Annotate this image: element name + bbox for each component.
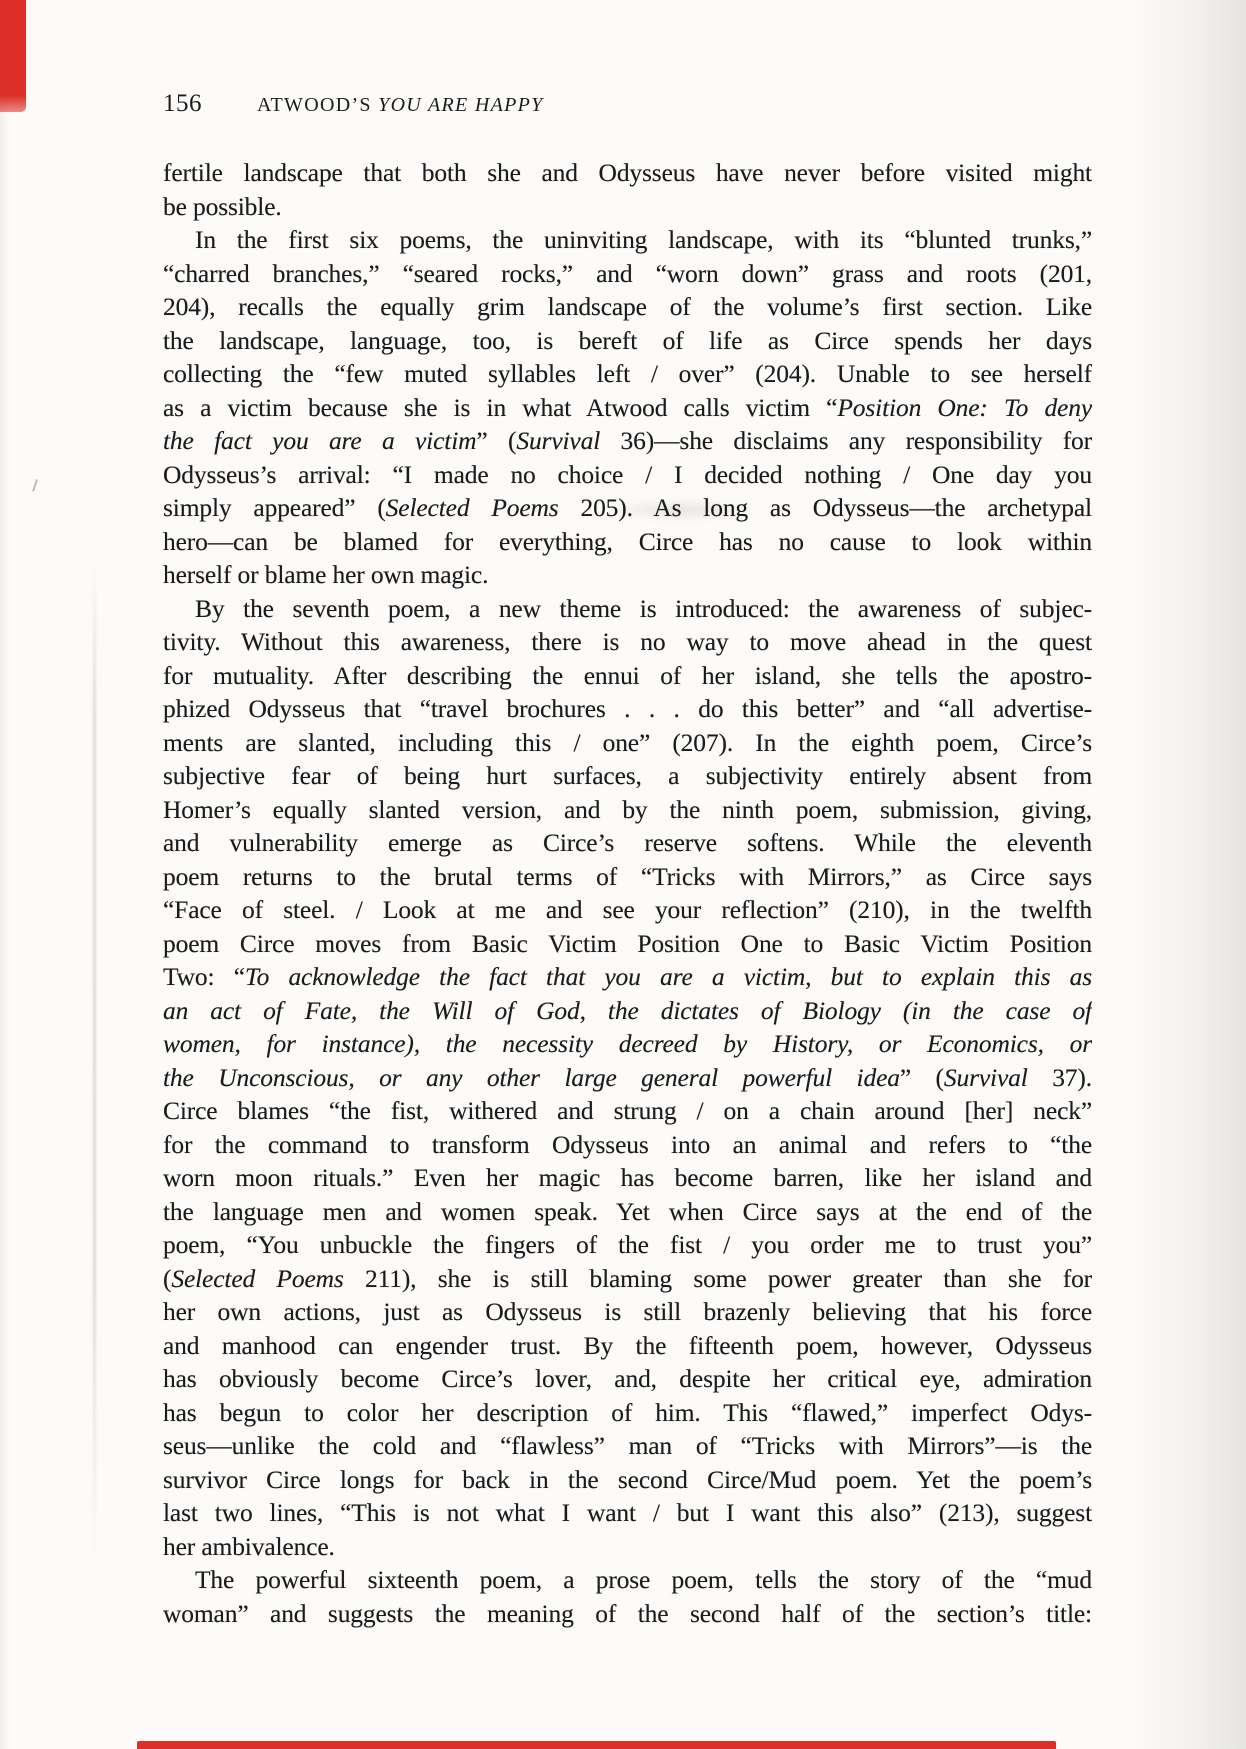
text-line: collecting the “few muted syllables left…: [163, 357, 1092, 391]
text-line: Circe blames “the fist, withered and str…: [163, 1094, 1092, 1128]
text-line: tivity. Without this awareness, there is…: [163, 625, 1092, 659]
text-line: her own actions, just as Odysseus is sti…: [163, 1295, 1092, 1329]
running-title-book-author: ATWOOD’S: [257, 94, 378, 116]
text-line: seus—unlike the cold and “flawless” man …: [163, 1429, 1092, 1463]
page-left-edge-shading: [0, 0, 10, 1749]
text-line: and manhood can engender trust. By the f…: [163, 1329, 1092, 1363]
text-line: (Selected Poems 211), she is still blami…: [163, 1262, 1092, 1296]
text-line: has begun to color her description of hi…: [163, 1396, 1092, 1430]
red-edge-stain-top-left: [0, 0, 26, 112]
book-page: 156 ATWOOD’S YOU ARE HAPPY fertile lands…: [0, 0, 1246, 1749]
text-line: The powerful sixteenth poem, a prose poe…: [163, 1563, 1092, 1597]
page-number: 156: [163, 90, 202, 118]
text-line: the language men and women speak. Yet wh…: [163, 1195, 1092, 1229]
text-line: her ambivalence.: [163, 1530, 1092, 1564]
text-line: an act of Fate, the Will of God, the dic…: [163, 994, 1092, 1028]
stray-pen-mark: [32, 479, 38, 492]
text-line: In the first six poems, the uninviting l…: [163, 223, 1092, 257]
text-line: survivor Circe longs for back in the sec…: [163, 1463, 1092, 1497]
text-line: subjective fear of being hurt surfaces, …: [163, 759, 1092, 793]
text-line: 204), recalls the equally grim landscape…: [163, 290, 1092, 324]
gutter-shadow: [93, 560, 96, 1570]
text-line: poem Circe moves from Basic Victim Posit…: [163, 927, 1092, 961]
text-line: worn moon rituals.” Even her magic has b…: [163, 1161, 1092, 1195]
text-line: women, for instance), the necessity decr…: [163, 1027, 1092, 1061]
body-text: fertile landscape that both she and Odys…: [163, 156, 1092, 1630]
text-line: phized Odysseus that “travel brochures .…: [163, 692, 1092, 726]
text-line: simply appeared” (Selected Poems 205). A…: [163, 491, 1092, 525]
text-line: herself or blame her own magic.: [163, 558, 1092, 592]
text-line: the Unconscious, or any other large gene…: [163, 1061, 1092, 1095]
text-line: hero—can be blamed for everything, Circe…: [163, 525, 1092, 559]
text-line: has obviously become Circe’s lover, and,…: [163, 1362, 1092, 1396]
running-title-book-title: YOU ARE HAPPY: [378, 94, 543, 116]
text-line: last two lines, “This is not what I want…: [163, 1496, 1092, 1530]
page-header: 156 ATWOOD’S YOU ARE HAPPY: [163, 90, 1092, 118]
red-edge-stain-bottom: [137, 1741, 1056, 1749]
text-line: the landscape, language, too, is bereft …: [163, 324, 1092, 358]
page-right-edge-shading: [1128, 0, 1246, 1749]
text-line: fertile landscape that both she and Odys…: [163, 156, 1092, 190]
text-line: Homer’s equally slanted version, and by …: [163, 793, 1092, 827]
running-title: ATWOOD’S YOU ARE HAPPY: [257, 94, 544, 117]
text-line: as a victim because she is in what Atwoo…: [163, 391, 1092, 425]
text-line: “Face of steel. / Look at me and see you…: [163, 893, 1092, 927]
text-line: poem returns to the brutal terms of “Tri…: [163, 860, 1092, 894]
text-line: Odysseus’s arrival: “I made no choice / …: [163, 458, 1092, 492]
text-line: for the command to transform Odysseus in…: [163, 1128, 1092, 1162]
text-line: for mutuality. After describing the ennu…: [163, 659, 1092, 693]
text-line: woman” and suggests the meaning of the s…: [163, 1597, 1092, 1631]
text-line: By the seventh poem, a new theme is intr…: [163, 592, 1092, 626]
text-line: ments are slanted, including this / one”…: [163, 726, 1092, 760]
text-line: and vulnerability emerge as Circe’s rese…: [163, 826, 1092, 860]
text-line: be possible.: [163, 190, 1092, 224]
text-line: “charred branches,” “seared rocks,” and …: [163, 257, 1092, 291]
text-line: the fact you are a victim” (Survival 36)…: [163, 424, 1092, 458]
text-line: poem, “You unbuckle the fingers of the f…: [163, 1228, 1092, 1262]
text-line: Two: “To acknowledge the fact that you a…: [163, 960, 1092, 994]
